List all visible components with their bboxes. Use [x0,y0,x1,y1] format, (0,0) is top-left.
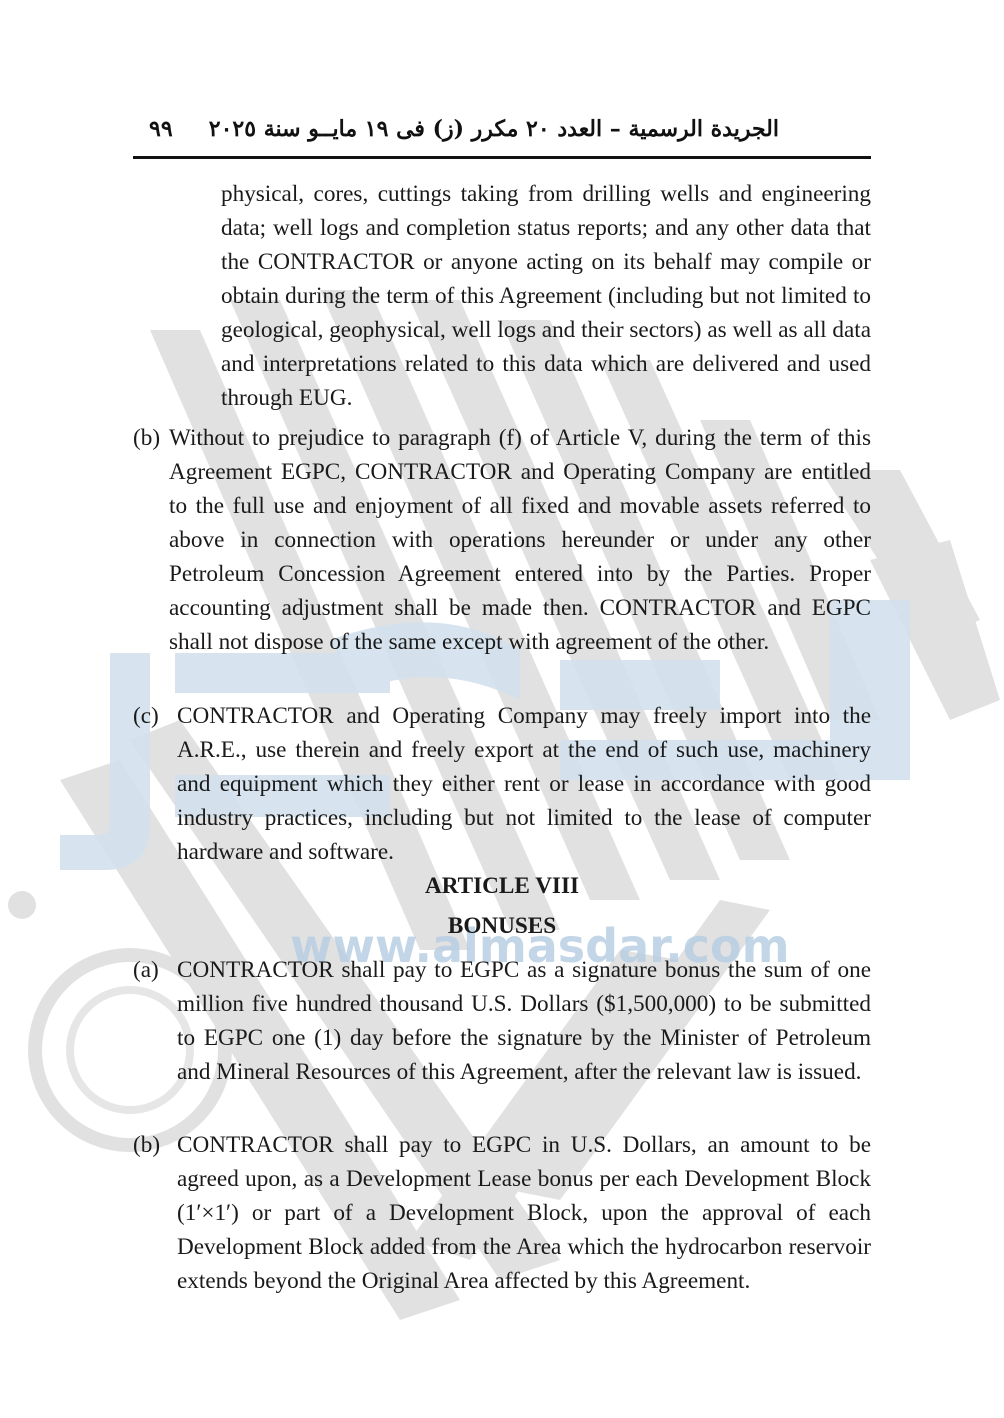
paragraph-text: CONTRACTOR shall pay to EGPC in U.S. Dol… [177,1128,871,1298]
paragraph-label: (c) [133,699,159,733]
document-page: الجريدة الرسمية – العدد ٢٠ مكرر (ز) فى ١… [0,0,1004,1418]
article-heading: ARTICLE VIII [133,873,871,900]
paragraph-viii-a: (a) CONTRACTOR shall pay to EGPC as a si… [133,953,871,1089]
paragraph-viii-b: (b) CONTRACTOR shall pay to EGPC in U.S.… [133,1128,871,1298]
paragraph-vii-c: (c) CONTRACTOR and Operating Company may… [133,699,871,869]
page-header: الجريدة الرسمية – العدد ٢٠ مكرر (ز) فى ١… [133,112,871,152]
article-subheading: BONUSES [133,913,871,940]
paragraph-text: CONTRACTOR shall pay to EGPC as a signat… [177,953,871,1089]
paragraph-label: (b) [133,1128,160,1162]
gazette-title: الجريدة الرسمية – العدد ٢٠ مكرر (ز) فى ١… [209,116,779,142]
paragraph-vii-b: (b) Without to prejudice to paragraph (f… [133,421,871,659]
paragraph-text: CONTRACTOR and Operating Company may fre… [177,699,871,869]
continuation-paragraph: physical, cores, cuttings taking from dr… [221,177,871,415]
page-number: ٩٩ [149,116,173,142]
paragraph-label: (a) [133,953,159,987]
paragraph-label: (b) [133,421,160,455]
paragraph-text: Without to prejudice to paragraph (f) of… [169,421,871,659]
header-divider [133,156,871,159]
